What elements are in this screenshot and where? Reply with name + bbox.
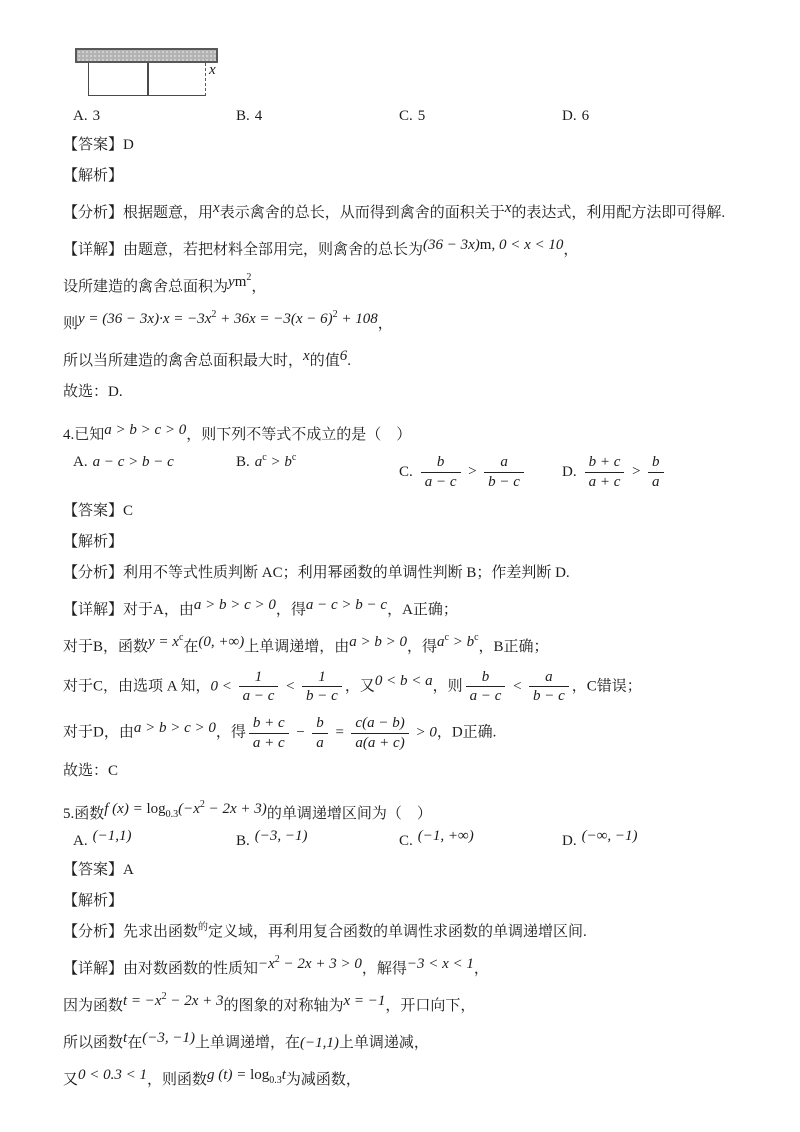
math-run: m xyxy=(235,274,247,290)
text-line: 对于C，由选项 A 知，0 < 1a − c < 1b − c，又0 < b <… xyxy=(63,666,782,706)
math-run: (0, +∞) xyxy=(198,634,244,650)
q3-options: A.3B.4C.5D.6 xyxy=(63,108,782,125)
math-fraction: 1a − c xyxy=(238,669,280,706)
fraction-numerator: 1 xyxy=(239,669,279,687)
fraction-denominator: a − c xyxy=(466,686,506,705)
text-line: 故选：D. xyxy=(63,380,782,405)
math-run: > xyxy=(627,464,645,480)
math-run: −x xyxy=(258,956,275,972)
math-run: (−x xyxy=(178,801,200,817)
option-label: B. xyxy=(236,454,250,470)
math-run: > 0 xyxy=(412,725,437,741)
fraction-numerator: a xyxy=(529,669,569,687)
text-line: 【解析】 xyxy=(63,164,782,189)
option-label: D. xyxy=(562,464,577,480)
option-label: B. xyxy=(236,108,250,124)
option-C: C.5 xyxy=(399,108,562,125)
math-fraction: b + ca + c xyxy=(584,454,626,491)
text-run: 定义域，再利用复合函数的单调性求函数的单调递增区间. xyxy=(208,924,587,940)
option-D: D.(−∞, −1) xyxy=(562,833,725,850)
text-run: . xyxy=(347,353,351,369)
superscript: c xyxy=(292,452,296,463)
option-label: A. xyxy=(73,454,88,470)
q4-options: A.a − c > b − cB.ac > bcC.ba − c > ab − … xyxy=(63,454,782,491)
pens-outline xyxy=(88,63,206,96)
text-run: 【详解】由对数函数的性质知 xyxy=(63,961,258,977)
math-run: + 36x = −3(x − 6) xyxy=(216,311,332,327)
math-run: g (t) = xyxy=(207,1067,250,1083)
text-run: ，又 xyxy=(345,678,375,694)
superscript: 2 xyxy=(333,309,338,320)
text-run: 4.已知 xyxy=(63,427,104,443)
text-line: 【解析】 xyxy=(63,530,782,555)
text-line: 4.已知a > b > c > 0，则下列不等式不成立的是（ ） xyxy=(63,417,782,448)
option-A: A.3 xyxy=(73,108,236,125)
math-run: 0 < x < 10 xyxy=(499,237,563,253)
math-run: (−3, −1) xyxy=(142,1030,195,1046)
text-run: 4 xyxy=(255,108,263,124)
text-line: 【答案】A xyxy=(63,858,782,883)
fraction-denominator: a xyxy=(312,733,328,752)
text-run: 对于B，函数 xyxy=(63,639,148,655)
math-run: (−1, +∞) xyxy=(418,828,474,844)
superscript: 2 xyxy=(162,991,167,1002)
text-run: 对于C，由选项 A 知， xyxy=(63,678,211,694)
option-A: A.a − c > b − c xyxy=(73,454,236,491)
fraction-denominator: a − c xyxy=(239,686,279,705)
math-run: 0 < 0.3 < 1 xyxy=(78,1067,147,1083)
math-run: (36 − 3x) xyxy=(423,237,480,253)
superscript: 2 xyxy=(246,272,251,283)
math-run: x xyxy=(213,200,220,216)
superscript: c xyxy=(179,632,183,643)
text-run: 【详解】由题意，若把材料全部用完，则禽舍的总长为 xyxy=(63,242,423,258)
math-run: > b xyxy=(267,454,292,470)
text-run: 又 xyxy=(63,1072,78,1088)
option-B: B.ac > bc xyxy=(236,454,399,491)
text-run: 在 xyxy=(127,1035,142,1051)
text-run: 6 xyxy=(582,108,590,124)
text-run: ，开口向下， xyxy=(385,998,475,1014)
math-run: (−1,1) xyxy=(93,828,132,844)
subscript: 0.3 xyxy=(269,1075,282,1086)
math-fraction: 1b − c xyxy=(301,669,343,706)
text-run: ，D正确. xyxy=(437,725,497,741)
fraction-denominator: a(a + c) xyxy=(351,733,408,752)
text-run: ， xyxy=(378,316,393,332)
fraction-numerator: b xyxy=(466,669,506,687)
text-run: ，A正确； xyxy=(387,602,458,618)
option-B: B.4 xyxy=(236,108,399,125)
text-run: 【答案】C xyxy=(63,503,133,519)
text-run: ， xyxy=(563,242,578,258)
math-run: (−1,1) xyxy=(300,1035,339,1051)
text-run: 为减函数， xyxy=(286,1072,361,1088)
text-run: 则 xyxy=(63,316,78,332)
math-run: t = −x xyxy=(123,993,162,1009)
text-line: 【分析】先求出函数的定义域，再利用复合函数的单调性求函数的单调递增区间. xyxy=(63,920,782,945)
superscript: c xyxy=(474,632,478,643)
math-run: t xyxy=(123,1030,127,1046)
math-run: a − c > b − c xyxy=(306,597,387,613)
text-run: 【解析】 xyxy=(63,168,123,184)
text-line: 【解析】 xyxy=(63,889,782,914)
text-run: 上单调递增，在 xyxy=(195,1035,300,1051)
text-line: 对于D，由a > b > c > 0，得b + ca + c − ba = c(… xyxy=(63,712,782,752)
math-run: = xyxy=(331,725,349,741)
text-line: 故选：C xyxy=(63,759,782,784)
text-run: 在 xyxy=(183,639,198,655)
math-run: a − c > b − c xyxy=(93,454,174,470)
text-run: 的值 xyxy=(310,353,340,369)
text-run: ，C错误； xyxy=(572,678,642,694)
math-run: (−∞, −1) xyxy=(582,828,638,844)
exam-solution-document: xA.3B.4C.5D.6【答案】D【解析】【分析】根据题意，用x表示禽舍的总长… xyxy=(0,0,800,1093)
math-run: y = (36 − 3x)·x = −3x xyxy=(78,311,211,327)
math-run: a > b > c > 0 xyxy=(194,597,276,613)
option-C: C.ba − c > ab − c xyxy=(399,454,562,491)
text-line: 所以函数t在(−3, −1)上单调递增，在(−1,1)上单调递减， xyxy=(63,1025,782,1056)
option-label: C. xyxy=(399,833,413,849)
option-D: D.b + ca + c > ba xyxy=(562,454,725,491)
fraction-numerator: b + c xyxy=(585,454,625,472)
text-run: 【解析】 xyxy=(63,893,123,909)
text-run: ，解得 xyxy=(362,961,407,977)
math-run: 0 < xyxy=(211,678,236,694)
option-A: A.(−1,1) xyxy=(73,833,236,850)
math-fraction: ba xyxy=(647,454,665,491)
q5-options: A.(−1,1)B.(−3, −1)C.(−1, +∞)D.(−∞, −1) xyxy=(63,833,782,850)
text-line: 5.函数f (x) = log0.3(−x2 − 2x + 3)的单调递增区间为… xyxy=(63,796,782,827)
math-run: > xyxy=(464,464,482,480)
text-run: 设所建造的禽舍总面积为 xyxy=(63,279,228,295)
math-run: − 2x + 3 xyxy=(167,993,224,1009)
text-line: 则y = (36 − 3x)·x = −3x2 + 36x = −3(x − 6… xyxy=(63,306,782,337)
math-run: > b xyxy=(449,634,474,650)
text-run: 【详解】对于A，由 xyxy=(63,602,194,618)
text-line: 【详解】由对数函数的性质知−x2 − 2x + 3 > 0，解得−3 < x <… xyxy=(63,951,782,982)
text-run: 5 xyxy=(418,108,426,124)
math-run: < xyxy=(508,678,526,694)
text-line: 因为函数t = −x2 − 2x + 3的图象的对称轴为x = −1，开口向下， xyxy=(63,988,782,1019)
text-run: 上单调递增，由 xyxy=(244,639,349,655)
option-label: D. xyxy=(562,833,577,849)
math-fraction: ab − c xyxy=(528,669,570,706)
text-run: 【分析】根据题意，用 xyxy=(63,205,213,221)
text-run: ， xyxy=(474,961,489,977)
math-run: (−3, −1) xyxy=(255,828,308,844)
pen-diagram: x xyxy=(63,46,782,100)
math-run: y xyxy=(228,274,235,290)
math-run: 6 xyxy=(340,348,348,364)
option-label: B. xyxy=(236,833,250,849)
option-D: D.6 xyxy=(562,108,725,125)
text-line: 【分析】根据题意，用x表示禽舍的总长，从而得到禽舍的面积关于x的表达式，利用配方… xyxy=(63,195,782,226)
fraction-denominator: a + c xyxy=(585,472,625,491)
text-run: 5.函数 xyxy=(63,806,104,822)
text-run: 【分析】利用不等式性质判断 AC；利用幂函数的单调性判断 B；作差判断 D. xyxy=(63,565,570,581)
text-line: 又0 < 0.3 < 1，则函数g (t) = log0.3t为减函数， xyxy=(63,1062,782,1093)
fraction-denominator: b − c xyxy=(302,686,342,705)
width-label-x: x xyxy=(209,62,216,79)
math-fraction: c(a − b)a(a + c) xyxy=(350,715,409,752)
math-run: − 2x + 3 > 0 xyxy=(280,956,362,972)
fraction-denominator: a xyxy=(648,472,664,491)
text-line: 所以当所建造的禽舍总面积最大时，x的值6. xyxy=(63,343,782,374)
math-run: a > b > c > 0 xyxy=(104,422,186,438)
text-line: 【分析】利用不等式性质判断 AC；利用幂函数的单调性判断 B；作差判断 D. xyxy=(63,561,782,586)
math-run: f (x) = xyxy=(104,801,146,817)
fraction-denominator: b − c xyxy=(484,472,524,491)
pen-divider xyxy=(147,63,149,95)
text-run: ，则 xyxy=(433,678,463,694)
math-run: a > b > c > 0 xyxy=(134,720,216,736)
text-line: 【答案】C xyxy=(63,499,782,524)
text-run: ，得 xyxy=(216,725,246,741)
text-run: 【答案】D xyxy=(63,137,134,153)
fraction-denominator: b − c xyxy=(529,686,569,705)
math-run: < xyxy=(281,678,299,694)
fraction-numerator: b xyxy=(421,454,461,472)
math-run: a xyxy=(437,634,445,650)
subscript: 0.3 xyxy=(166,809,179,820)
text-run: ，B正确； xyxy=(479,639,549,655)
text-run: 的表达式，利用配方法即可得解. xyxy=(511,205,725,221)
option-B: B.(−3, −1) xyxy=(236,833,399,850)
math-fraction: ba xyxy=(311,715,329,752)
math-run: − 2x + 3) xyxy=(205,801,267,817)
option-label: C. xyxy=(399,108,413,124)
option-label: A. xyxy=(73,108,88,124)
math-run: a > b > 0 xyxy=(349,634,407,650)
math-run: log xyxy=(250,1067,269,1083)
math-run: + 108 xyxy=(338,311,378,327)
text-run: 对于D，由 xyxy=(63,725,134,741)
text-run: ，则函数 xyxy=(147,1072,207,1088)
fraction-numerator: b + c xyxy=(249,715,289,733)
text-run: ，则下列不等式不成立的是（ ） xyxy=(186,427,411,443)
math-fraction: ab − c xyxy=(483,454,525,491)
option-label: D. xyxy=(562,108,577,124)
fraction-denominator: a + c xyxy=(249,733,289,752)
math-run: m, xyxy=(480,237,499,253)
text-run: ， xyxy=(251,279,266,295)
text-run: 3 xyxy=(93,108,101,124)
text-run: 所以当所建造的禽舍总面积最大时， xyxy=(63,353,303,369)
text-line: 【详解】由题意，若把材料全部用完，则禽舍的总长为(36 − 3x)m, 0 < … xyxy=(63,232,782,263)
text-run: ，得 xyxy=(276,602,306,618)
fraction-numerator: c(a − b) xyxy=(351,715,408,733)
text-run: 【答案】A xyxy=(63,862,134,878)
option-label: A. xyxy=(73,833,88,849)
fraction-denominator: a − c xyxy=(421,472,461,491)
math-run: 0 < b < a xyxy=(375,673,433,689)
math-run: log xyxy=(146,801,165,817)
text-line: 设所建造的禽舍总面积为ym2， xyxy=(63,269,782,300)
text-run: 的单调递增区间为（ ） xyxy=(267,806,432,822)
fraction-numerator: a xyxy=(484,454,524,472)
math-run: x xyxy=(303,348,310,364)
math-run: t xyxy=(282,1067,286,1083)
math-fraction: ba − c xyxy=(465,669,507,706)
text-run: 故选：D. xyxy=(63,384,123,400)
text-run: 所以函数 xyxy=(63,1035,123,1051)
math-fraction: ba − c xyxy=(420,454,462,491)
text-run: 表示禽舍的总长，从而得到禽舍的面积关于 xyxy=(220,205,505,221)
fraction-numerator: b xyxy=(648,454,664,472)
math-run: y = x xyxy=(148,634,179,650)
text-run: 【分析】先求出函数 xyxy=(63,924,198,940)
text-line: 对于B，函数y = xc在(0, +∞)上单调递增，由a > b > 0，得ac… xyxy=(63,629,782,660)
option-C: C.(−1, +∞) xyxy=(399,833,562,850)
fraction-numerator: 1 xyxy=(302,669,342,687)
text-line: 【答案】D xyxy=(63,133,782,158)
text-run: 【解析】 xyxy=(63,534,123,550)
math-run: x = −1 xyxy=(344,993,386,1009)
math-run: x xyxy=(505,200,512,216)
option-label: C. xyxy=(399,464,413,480)
text-run: 因为函数 xyxy=(63,998,123,1014)
text-run: 上单调递减， xyxy=(339,1035,429,1051)
text-line: 【详解】对于A，由a > b > c > 0，得a − c > b − c，A正… xyxy=(63,592,782,623)
math-run: − xyxy=(292,725,310,741)
fraction-numerator: b xyxy=(312,715,328,733)
text-run: 故选：C xyxy=(63,763,118,779)
math-run: −3 < x < 1 xyxy=(407,956,474,972)
text-run: ，得 xyxy=(407,639,437,655)
wall-strip xyxy=(75,48,218,63)
text-run: 的图象的对称轴为 xyxy=(224,998,344,1014)
superscript: 的 xyxy=(198,922,208,933)
math-fraction: b + ca + c xyxy=(248,715,290,752)
